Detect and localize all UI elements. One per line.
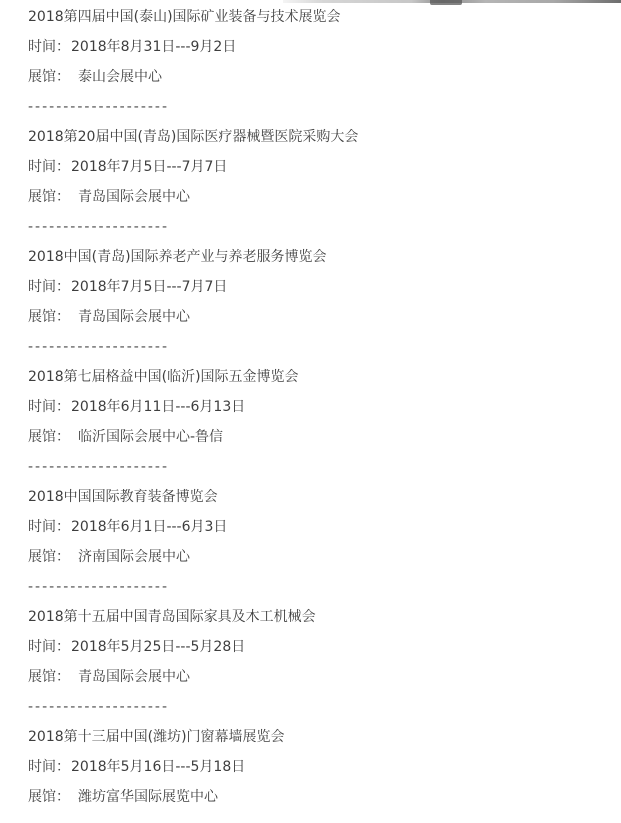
time-label: 时间：	[28, 639, 70, 655]
time-value: 2018年5月25日---5月28日	[70, 639, 245, 655]
separator-dashes: --------------------	[28, 92, 621, 122]
exhibition-title: 2018第20届中国(青岛)国际医疗器械暨医院采购大会	[28, 122, 621, 152]
time-label: 时间：	[28, 39, 70, 55]
venue-label: 展馆：	[28, 549, 70, 565]
venue-value: 泰山会展中心	[70, 69, 162, 85]
time-value: 2018年7月5日---7月7日	[70, 159, 227, 175]
time-label: 时间：	[28, 759, 70, 775]
venue-value: 济南国际会展中心	[70, 549, 190, 565]
separator-dashes: --------------------	[28, 212, 621, 242]
exhibition-time: 时间：2018年6月11日---6月13日	[28, 392, 621, 422]
separator-dashes: --------------------	[28, 692, 621, 722]
exhibition-time: 时间：2018年5月16日---5月18日	[28, 752, 621, 782]
exhibition-title: 2018第十三届中国(潍坊)门窗幕墙展览会	[28, 722, 621, 752]
time-value: 2018年6月1日---6月3日	[70, 519, 227, 535]
venue-value: 青岛国际会展中心	[70, 309, 190, 325]
exhibition-venue: 展馆：济南国际会展中心	[28, 542, 621, 572]
time-value: 2018年8月31日---9月2日	[70, 39, 236, 55]
exhibition-title: 2018中国(青岛)国际养老产业与养老服务博览会	[28, 242, 621, 272]
separator-dashes: --------------------	[28, 452, 621, 482]
exhibition-title: 2018第十五届中国青岛国际家具及木工机械会	[28, 602, 621, 632]
exhibition-venue: 展馆：青岛国际会展中心	[28, 302, 621, 332]
time-value: 2018年7月5日---7月7日	[70, 279, 227, 295]
separator-dashes: --------------------	[28, 572, 621, 602]
exhibition-item: 2018第20届中国(青岛)国际医疗器械暨医院采购大会 时间：2018年7月5日…	[28, 122, 621, 242]
venue-label: 展馆：	[28, 429, 70, 445]
time-label: 时间：	[28, 519, 70, 535]
venue-label: 展馆：	[28, 669, 70, 685]
exhibition-item: 2018第十三届中国(潍坊)门窗幕墙展览会 时间：2018年5月16日---5月…	[28, 722, 621, 812]
exhibition-venue: 展馆：潍坊富华国际展览中心	[28, 782, 621, 812]
exhibition-time: 时间：2018年7月5日---7月7日	[28, 272, 621, 302]
exhibition-time: 时间：2018年5月25日---5月28日	[28, 632, 621, 662]
venue-label: 展馆：	[28, 309, 70, 325]
time-value: 2018年6月11日---6月13日	[70, 399, 245, 415]
exhibition-title: 2018中国国际教育装备博览会	[28, 482, 621, 512]
exhibition-venue: 展馆：青岛国际会展中心	[28, 182, 621, 212]
venue-value: 临沂国际会展中心-鲁信	[70, 429, 223, 445]
venue-label: 展馆：	[28, 789, 70, 805]
time-label: 时间：	[28, 279, 70, 295]
exhibition-item: 2018第四届中国(泰山)国际矿业装备与技术展览会 时间：2018年8月31日-…	[28, 2, 621, 122]
exhibition-item: 2018中国国际教育装备博览会 时间：2018年6月1日---6月3日 展馆：济…	[28, 482, 621, 602]
exhibition-time: 时间：2018年7月5日---7月7日	[28, 152, 621, 182]
separator-dashes: --------------------	[28, 332, 621, 362]
time-value: 2018年5月16日---5月18日	[70, 759, 245, 775]
exhibition-time: 时间：2018年6月1日---6月3日	[28, 512, 621, 542]
exhibition-item: 2018中国(青岛)国际养老产业与养老服务博览会 时间：2018年7月5日---…	[28, 242, 621, 362]
venue-value: 青岛国际会展中心	[70, 669, 190, 685]
time-label: 时间：	[28, 159, 70, 175]
exhibition-venue: 展馆：临沂国际会展中心-鲁信	[28, 422, 621, 452]
exhibition-title: 2018第四届中国(泰山)国际矿业装备与技术展览会	[28, 2, 621, 32]
exhibition-venue: 展馆：青岛国际会展中心	[28, 662, 621, 692]
venue-value: 青岛国际会展中心	[70, 189, 190, 205]
time-label: 时间：	[28, 399, 70, 415]
venue-label: 展馆：	[28, 189, 70, 205]
exhibition-title: 2018第七届格益中国(临沂)国际五金博览会	[28, 362, 621, 392]
venue-value: 潍坊富华国际展览中心	[70, 789, 218, 805]
exhibition-time: 时间：2018年8月31日---9月2日	[28, 32, 621, 62]
exhibition-item: 2018第七届格益中国(临沂)国际五金博览会 时间：2018年6月11日---6…	[28, 362, 621, 482]
venue-label: 展馆：	[28, 69, 70, 85]
screen-artifact-blob	[430, 0, 462, 5]
exhibition-venue: 展馆：泰山会展中心	[28, 62, 621, 92]
exhibition-item: 2018第十五届中国青岛国际家具及木工机械会 时间：2018年5月25日---5…	[28, 602, 621, 722]
exhibition-list: 2018第四届中国(泰山)国际矿业装备与技术展览会 时间：2018年8月31日-…	[0, 0, 621, 812]
